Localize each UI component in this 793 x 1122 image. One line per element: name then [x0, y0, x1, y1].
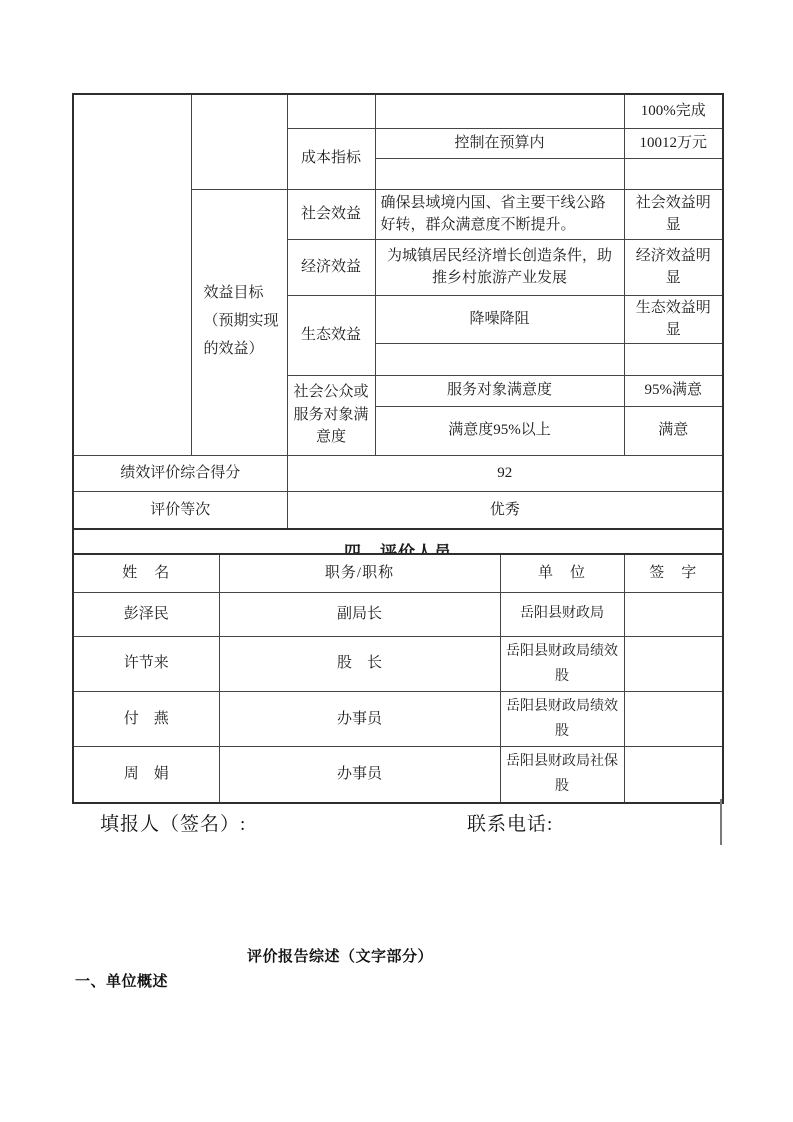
person-signature-cell	[624, 691, 723, 746]
grade-value-cell: 优秀	[287, 491, 723, 529]
score-label-cell: 绩效评价综合得分	[73, 455, 287, 491]
person-unit: 岳阳县财政局绩效股	[500, 636, 624, 691]
economic-benefit-desc-cell: 为城镇居民经济增长创造条件，助推乡村旅游产业发展	[375, 239, 624, 295]
person-name: 周 娟	[73, 747, 219, 803]
empty-desc-cell	[375, 343, 624, 375]
personnel-header-row: 姓 名 职务/职称 单 位 签 字	[73, 554, 723, 592]
person-name: 付 燕	[73, 691, 219, 746]
person-unit: 岳阳县财政局绩效股	[500, 691, 624, 746]
satisfaction-target-cell: 满意度95%以上	[375, 406, 624, 455]
public-satisfaction-label-cell: 社会公众或 服务对象满 意度	[287, 375, 375, 455]
column-header-name: 姓 名	[73, 554, 219, 592]
ecological-benefit-desc-cell: 降噪降阻	[375, 295, 624, 343]
group-continuation-cell	[191, 94, 287, 189]
empty-indicator-cell	[287, 94, 375, 128]
benefit-goal-label-cell: 效益目标 （预期实现 的效益）	[191, 189, 287, 455]
satisfaction-result-cell: 满意	[624, 406, 723, 455]
table-border-artifact	[720, 799, 722, 845]
personnel-row: 彭泽民 副局长 岳阳县财政局	[73, 592, 723, 636]
cost-indicator-label-cell: 成本指标	[287, 128, 375, 189]
column-header-signature: 签 字	[624, 554, 723, 592]
person-signature-cell	[624, 747, 723, 803]
person-title: 办事员	[219, 747, 500, 803]
personnel-row: 周 娟 办事员 岳阳县财政局社保股	[73, 747, 723, 803]
personnel-row: 许节来 股 长 岳阳县财政局绩效股	[73, 636, 723, 691]
empty-desc-cell	[375, 158, 624, 189]
person-unit: 岳阳县财政局社保股	[500, 747, 624, 803]
person-signature-cell	[624, 636, 723, 691]
column-header-title: 职务/职称	[219, 554, 500, 592]
personnel-table: 姓 名 职务/职称 单 位 签 字 彭泽民 副局长 岳阳县财政局 许节来 股 长…	[72, 553, 724, 804]
cost-value-cell: 10012万元	[624, 128, 723, 158]
person-title: 办事员	[219, 691, 500, 746]
person-title: 副局长	[219, 592, 500, 636]
document-page: 100%完成 成本指标 控制在预算内 10012万元 效益目标 （预期实现 的效…	[0, 0, 793, 1122]
grade-label-cell: 评价等次	[73, 491, 287, 529]
social-benefit-result-cell: 社会效益明显	[624, 189, 723, 239]
economic-benefit-label-cell: 经济效益	[287, 239, 375, 295]
personnel-row: 付 燕 办事员 岳阳县财政局绩效股	[73, 691, 723, 746]
filler-signature-label: 填报人（签名）:	[100, 809, 246, 836]
score-value-cell: 92	[287, 455, 723, 491]
empty-value-cell	[624, 158, 723, 189]
indicator-table: 100%完成 成本指标 控制在预算内 10012万元 效益目标 （预期实现 的效…	[72, 93, 724, 577]
contact-phone-label: 联系电话:	[467, 809, 553, 836]
social-benefit-label-cell: 社会效益	[287, 189, 375, 239]
empty-value-cell	[624, 343, 723, 375]
person-signature-cell	[624, 592, 723, 636]
cost-target-cell: 控制在预算内	[375, 128, 624, 158]
completion-value-cell: 100%完成	[624, 94, 723, 128]
table-row: 100%完成	[73, 94, 723, 128]
section-heading-unit-overview: 一、单位概述	[75, 970, 168, 991]
economic-benefit-result-cell: 经济效益明显	[624, 239, 723, 295]
left-continuation-cell	[73, 94, 191, 455]
ecological-benefit-result-cell: 生态效益明显	[624, 295, 723, 343]
person-title: 股 长	[219, 636, 500, 691]
satisfaction-value-cell: 95%满意	[624, 375, 723, 406]
ecological-benefit-label-cell: 生态效益	[287, 295, 375, 375]
table-row: 绩效评价综合得分 92	[73, 455, 723, 491]
table-row: 评价等次 优秀	[73, 491, 723, 529]
satisfaction-desc-cell: 服务对象满意度	[375, 375, 624, 406]
social-benefit-desc-cell: 确保县域境内国、省主要干线公路好转，群众满意度不断提升。	[375, 189, 624, 239]
person-name: 许节来	[73, 636, 219, 691]
column-header-unit: 单 位	[500, 554, 624, 592]
report-summary-title: 评价报告综述（文字部分）	[247, 945, 433, 966]
person-unit: 岳阳县财政局	[500, 592, 624, 636]
empty-desc-cell	[375, 94, 624, 128]
person-name: 彭泽民	[73, 592, 219, 636]
